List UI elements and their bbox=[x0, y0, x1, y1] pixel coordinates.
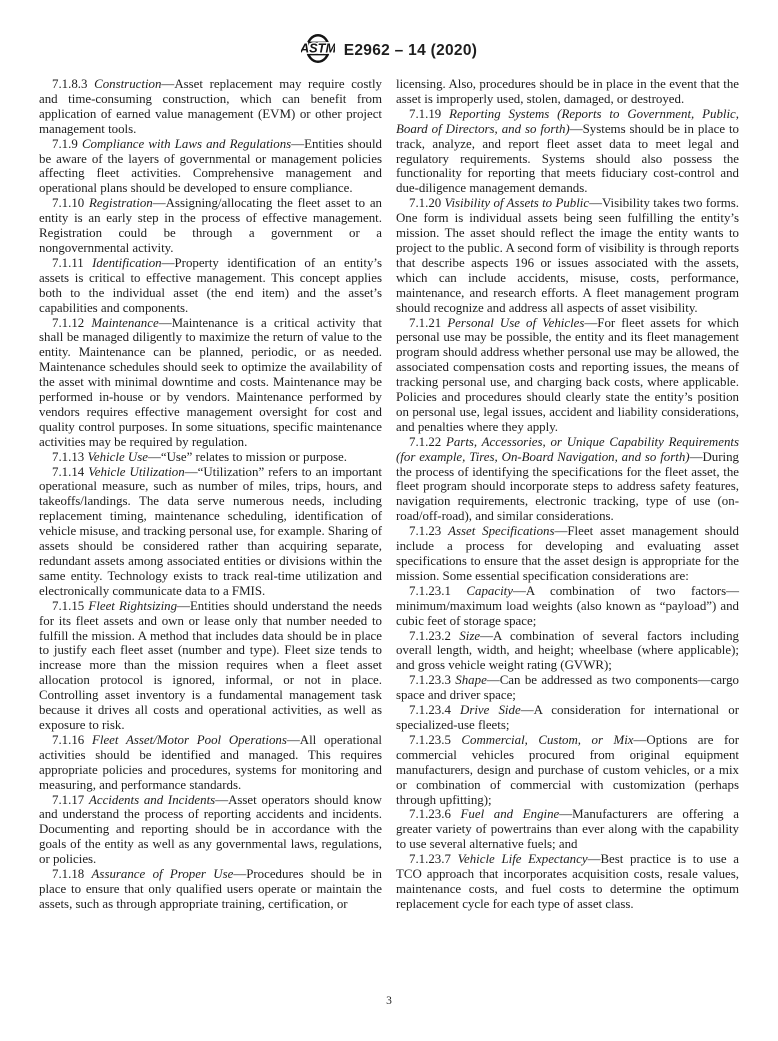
clause-title: Identification bbox=[92, 256, 161, 270]
clause-paragraph: 7.1.23.2 Size—A combination of several f… bbox=[396, 629, 739, 674]
clause-paragraph: 7.1.23.1 Capacity—A combination of two f… bbox=[396, 584, 739, 629]
clause-title: Assurance of Proper Use bbox=[92, 867, 234, 881]
clause-number: 7.1.23.2 bbox=[409, 629, 459, 643]
clause-title: Shape bbox=[455, 673, 487, 687]
column-left: 7.1.8.3 Construction—Asset replacement m… bbox=[39, 77, 382, 912]
clause-title: Vehicle Utilization bbox=[88, 465, 184, 479]
clause-paragraph: 7.1.9 Compliance with Laws and Regulatio… bbox=[39, 137, 382, 197]
clause-text: —Entities should understand the needs fo… bbox=[39, 599, 382, 732]
clause-title: Compliance with Laws and Regulations bbox=[82, 137, 291, 151]
clause-title: Drive Side bbox=[460, 703, 521, 717]
clause-title: Parts, Accessories, or Unique Capability… bbox=[396, 435, 739, 464]
clause-paragraph: 7.1.23 Asset Specifications—Fleet asset … bbox=[396, 524, 739, 584]
clause-number: 7.1.23.3 bbox=[409, 673, 455, 687]
clause-number: 7.1.23.5 bbox=[409, 733, 461, 747]
clause-number: 7.1.15 bbox=[52, 599, 88, 613]
clause-paragraph: 7.1.22 Parts, Accessories, or Unique Cap… bbox=[396, 435, 739, 524]
clause-title: Accidents and Incidents bbox=[89, 793, 215, 807]
clause-number: 7.1.9 bbox=[52, 137, 82, 151]
clause-title: Commercial, Custom, or Mix bbox=[461, 733, 633, 747]
clause-text: —Visibility takes two forms. One form is… bbox=[396, 196, 739, 314]
clause-number: 7.1.10 bbox=[52, 196, 89, 210]
document-page: ASTM E2962 – 14 (2020) 7.1.8.3 Construct… bbox=[0, 0, 778, 1041]
page-number: 3 bbox=[0, 995, 778, 1007]
clause-title: Vehicle Life Expectancy bbox=[458, 852, 588, 866]
clause-paragraph: 7.1.21 Personal Use of Vehicles—For flee… bbox=[396, 316, 739, 435]
clause-paragraph: 7.1.19 Reporting Systems (Reports to Gov… bbox=[396, 107, 739, 196]
page-header: ASTM E2962 – 14 (2020) bbox=[0, 0, 778, 68]
clause-paragraph: 7.1.23.3 Shape—Can be addressed as two c… bbox=[396, 673, 739, 703]
clause-number: 7.1.21 bbox=[409, 316, 447, 330]
clause-text: —For fleet assets for which personal use… bbox=[396, 316, 739, 434]
clause-paragraph: 7.1.12 Maintenance—Maintenance is a crit… bbox=[39, 316, 382, 450]
clause-paragraph: licensing. Also, procedures should be in… bbox=[396, 77, 739, 107]
clause-paragraph: 7.1.11 Identification—Property identific… bbox=[39, 256, 382, 316]
standard-designation: E2962 – 14 (2020) bbox=[344, 42, 478, 60]
clause-number: 7.1.23.4 bbox=[409, 703, 460, 717]
clause-number: 7.1.14 bbox=[52, 465, 88, 479]
clause-number: 7.1.18 bbox=[52, 867, 92, 881]
clause-title: Registration bbox=[89, 196, 153, 210]
clause-number: 7.1.17 bbox=[52, 793, 89, 807]
clause-number: 7.1.23.1 bbox=[409, 584, 466, 598]
clause-number: 7.1.23 bbox=[409, 524, 448, 538]
clause-paragraph: 7.1.20 Visibility of Assets to Public—Vi… bbox=[396, 196, 739, 315]
clause-title: Asset Specifications bbox=[448, 524, 554, 538]
clause-paragraph: 7.1.10 Registration—Assigning/allocating… bbox=[39, 196, 382, 256]
text-columns: 7.1.8.3 Construction—Asset replacement m… bbox=[0, 68, 778, 912]
clause-paragraph: 7.1.14 Vehicle Utilization—“Utilization”… bbox=[39, 465, 382, 599]
clause-paragraph: 7.1.23.7 Vehicle Life Expectancy—Best pr… bbox=[396, 852, 739, 912]
clause-paragraph: 7.1.23.4 Drive Side—A consideration for … bbox=[396, 703, 739, 733]
clause-paragraph: 7.1.23.5 Commercial, Custom, or Mix—Opti… bbox=[396, 733, 739, 808]
clause-text: —“Use” relates to mission or purpose. bbox=[148, 450, 347, 464]
clause-number: 7.1.13 bbox=[52, 450, 87, 464]
clause-number: 7.1.12 bbox=[52, 316, 91, 330]
clause-text: licensing. Also, procedures should be in… bbox=[396, 77, 739, 106]
clause-paragraph: 7.1.23.6 Fuel and Engine—Manufacturers a… bbox=[396, 807, 739, 852]
astm-logo-icon: ASTM bbox=[301, 33, 335, 69]
clause-number: 7.1.23.7 bbox=[409, 852, 458, 866]
clause-text: —Maintenance is a critical activity that… bbox=[39, 316, 382, 449]
clause-title: Size bbox=[459, 629, 480, 643]
clause-title: Personal Use of Vehicles bbox=[447, 316, 584, 330]
clause-paragraph: 7.1.16 Fleet Asset/Motor Pool Operations… bbox=[39, 733, 382, 793]
clause-number: 7.1.22 bbox=[409, 435, 446, 449]
clause-title: Maintenance bbox=[91, 316, 158, 330]
clause-number: 7.1.11 bbox=[52, 256, 92, 270]
clause-number: 7.1.8.3 bbox=[52, 77, 94, 91]
clause-title: Vehicle Use bbox=[87, 450, 148, 464]
clause-text: —“Utilization” refers to an important op… bbox=[39, 465, 382, 598]
clause-number: 7.1.23.6 bbox=[409, 807, 461, 821]
clause-paragraph: 7.1.8.3 Construction—Asset replacement m… bbox=[39, 77, 382, 137]
clause-number: 7.1.19 bbox=[409, 107, 449, 121]
clause-paragraph: 7.1.13 Vehicle Use—“Use” relates to miss… bbox=[39, 450, 382, 465]
clause-title: Fuel and Engine bbox=[461, 807, 560, 821]
clause-number: 7.1.16 bbox=[52, 733, 92, 747]
clause-paragraph: 7.1.15 Fleet Rightsizing—Entities should… bbox=[39, 599, 382, 733]
clause-title: Construction bbox=[94, 77, 161, 91]
clause-title: Visibility of Assets to Public bbox=[445, 196, 590, 210]
clause-title: Capacity bbox=[466, 584, 513, 598]
clause-paragraph: 7.1.18 Assurance of Proper Use—Procedure… bbox=[39, 867, 382, 912]
clause-number: 7.1.20 bbox=[409, 196, 445, 210]
svg-text:ASTM: ASTM bbox=[301, 41, 335, 56]
column-right: licensing. Also, procedures should be in… bbox=[396, 77, 739, 912]
clause-title: Fleet Asset/Motor Pool Operations bbox=[92, 733, 287, 747]
clause-paragraph: 7.1.17 Accidents and Incidents—Asset ope… bbox=[39, 793, 382, 868]
clause-title: Fleet Rightsizing bbox=[88, 599, 177, 613]
